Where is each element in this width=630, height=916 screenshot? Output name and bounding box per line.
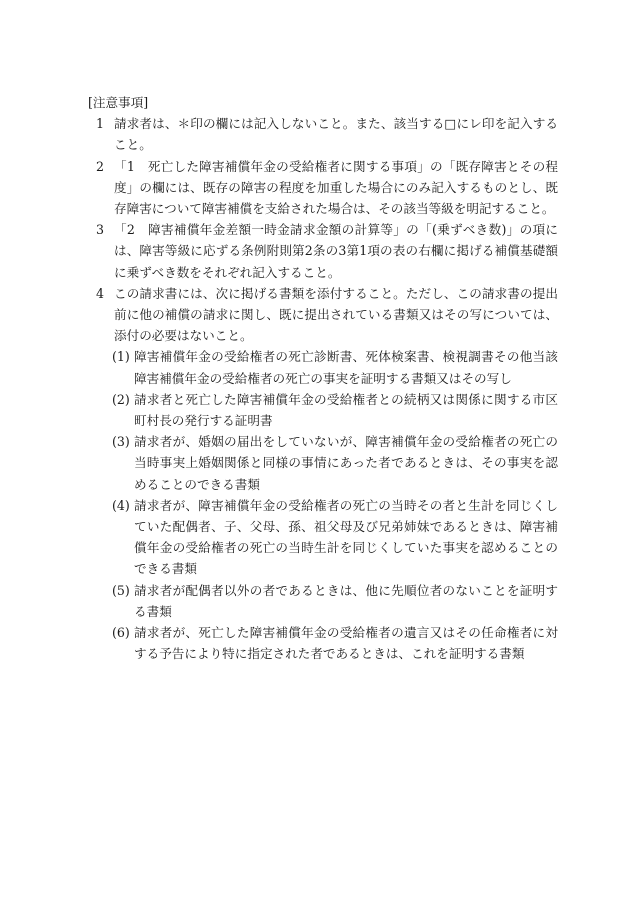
note-text: 「1 死亡した障害補償年金の受給権者に関する事項」の「既存障害とその程度」の欄に… xyxy=(114,156,558,220)
attachment-item-5: (5) 請求者が配偶者以外の者であるときは、他に先順位者のないことを証明する書類 xyxy=(88,580,558,622)
attachment-text: 請求者が配偶者以外の者であるときは、他に先順位者のないことを証明する書類 xyxy=(134,580,558,622)
attachment-number: (1) xyxy=(112,346,136,367)
note-item-4: 4 この請求書には、次に掲げる書類を添付すること。ただし、この請求書の提出前に他… xyxy=(88,283,558,347)
note-number: 2 xyxy=(96,156,110,177)
notes-heading: [注意事項] xyxy=(88,92,558,113)
attachment-item-2: (2) 請求者と死亡した障害補償年金の受給権者との続柄又は関係に関する市区町村長… xyxy=(88,389,558,431)
note-text: この請求書には、次に掲げる書類を添付すること。ただし、この請求書の提出前に他の補… xyxy=(114,283,558,347)
note-item-1: 1 請求者は、＊印の欄には記入しないこと。また、該当する□にレ印を記入すること。 xyxy=(88,113,558,155)
attachment-item-3: (3) 請求者が、婚姻の届出をしていないが、障害補償年金の受給権者の死亡の当時事… xyxy=(88,431,558,495)
note-item-2: 2 「1 死亡した障害補償年金の受給権者に関する事項」の「既存障害とその程度」の… xyxy=(88,156,558,220)
attachment-text: 請求者が、死亡した障害補償年金の受給権者の遺言又はその任命権者に対する予告により… xyxy=(134,622,558,664)
note-item-3: 3 「2 障害補償年金差額一時金請求金額の計算等」の「(乗ずべき数)」の項には、… xyxy=(88,219,558,283)
attachment-number: (5) xyxy=(112,580,136,601)
attachment-text: 請求者が、障害補償年金の受給権者の死亡の当時その者と生計を同じくしていた配偶者、… xyxy=(134,495,558,580)
notes-section: [注意事項] 1 請求者は、＊印の欄には記入しないこと。また、該当する□にレ印を… xyxy=(88,92,558,664)
note-text: 「2 障害補償年金差額一時金請求金額の計算等」の「(乗ずべき数)」の項には、障害… xyxy=(114,219,558,283)
document-page: [注意事項] 1 請求者は、＊印の欄には記入しないこと。また、該当する□にレ印を… xyxy=(0,0,630,916)
attachment-item-4: (4) 請求者が、障害補償年金の受給権者の死亡の当時その者と生計を同じくしていた… xyxy=(88,495,558,580)
attachment-item-6: (6) 請求者が、死亡した障害補償年金の受給権者の遺言又はその任命権者に対する予… xyxy=(88,622,558,664)
note-number: 4 xyxy=(96,283,110,304)
attachment-item-1: (1) 障害補償年金の受給権者の死亡診断書、死体検案書、検視調書その他当該障害補… xyxy=(88,346,558,388)
attachment-number: (2) xyxy=(112,389,136,410)
attachment-text: 請求者が、婚姻の届出をしていないが、障害補償年金の受給権者の死亡の当時事実上婚姻… xyxy=(134,431,558,495)
attachment-text: 障害補償年金の受給権者の死亡診断書、死体検案書、検視調書その他当該障害補償年金の… xyxy=(134,346,558,388)
note-number: 1 xyxy=(96,113,110,134)
attachment-number: (3) xyxy=(112,431,136,452)
attachment-text: 請求者と死亡した障害補償年金の受給権者との続柄又は関係に関する市区町村長の発行す… xyxy=(134,389,558,431)
note-number: 3 xyxy=(96,219,110,240)
note-text: 請求者は、＊印の欄には記入しないこと。また、該当する□にレ印を記入すること。 xyxy=(114,113,558,155)
attachment-number: (4) xyxy=(112,495,136,516)
attachment-number: (6) xyxy=(112,622,136,643)
